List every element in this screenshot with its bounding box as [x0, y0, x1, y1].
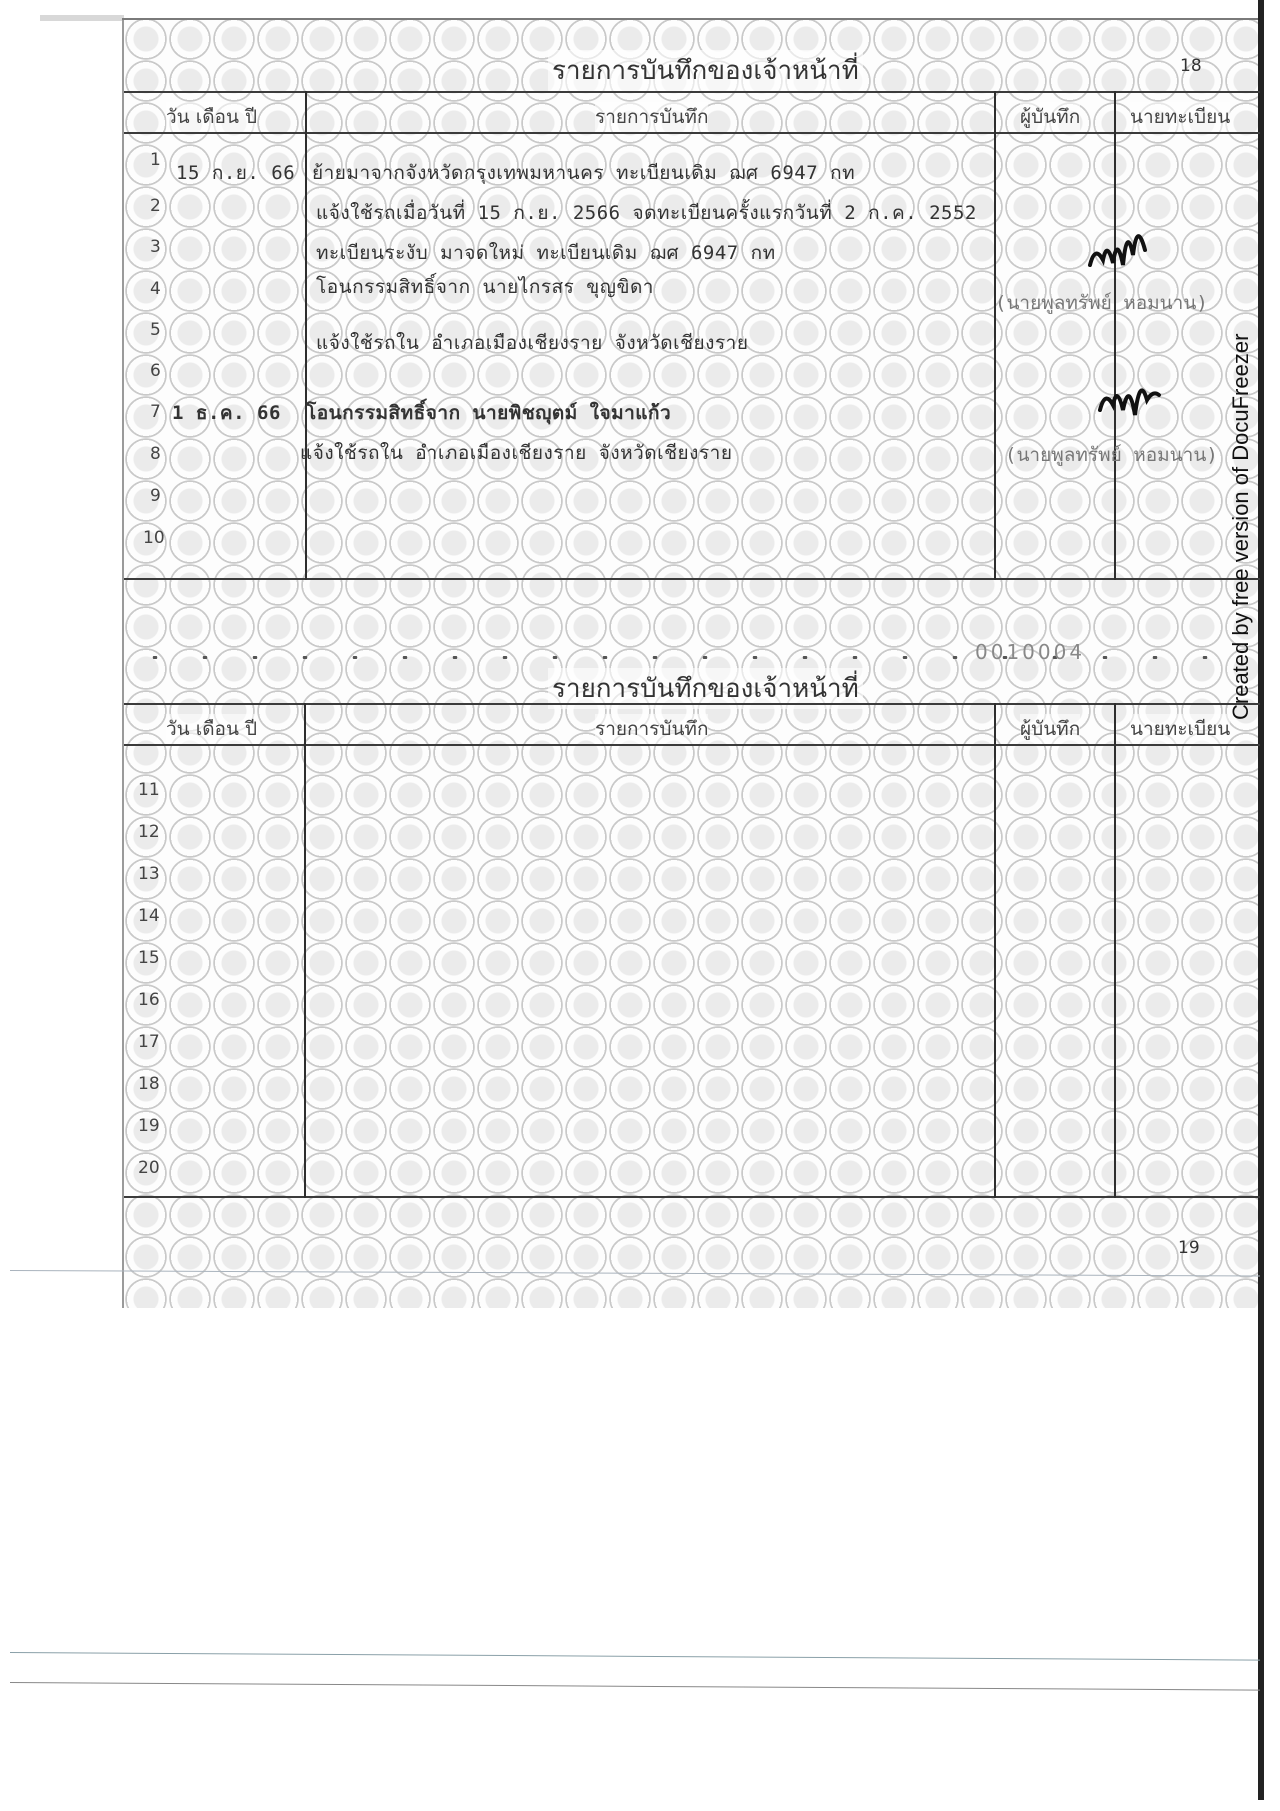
table1-col-sep-2	[994, 91, 996, 580]
col-header-registrar: นายทะเบียน	[1130, 102, 1230, 132]
table2-col-sep-1	[304, 703, 306, 1198]
table2-top-line	[124, 703, 1260, 705]
signature-2	[1095, 370, 1165, 440]
entry-2-date: 1 ธ.ค. 66	[172, 398, 281, 428]
row-number: 16	[138, 990, 160, 1010]
scan-edge	[40, 15, 124, 21]
row-number: 13	[138, 864, 160, 884]
table2-col-sep-2	[994, 703, 996, 1198]
row-number: 2	[150, 196, 161, 216]
entry-2-line-2: แจ้งใช้รถใน อำเภอเมืองเชียงราย จังหวัดเช…	[300, 438, 732, 468]
entry-1-recorder: (นายพูลทรัพย์ หอมนาน)	[995, 288, 1208, 318]
row-number: 18	[138, 1074, 160, 1094]
table1-top-line	[124, 91, 1260, 93]
scan-line	[10, 1652, 1260, 1661]
table1-col-sep-1	[305, 91, 307, 580]
row-number: 4	[150, 279, 161, 299]
row-number: 11	[138, 780, 160, 800]
page-number-19: 19	[1178, 1238, 1200, 1258]
col-header-date: วัน เดือน ปี	[166, 102, 257, 132]
page-number-18: 18	[1180, 56, 1202, 76]
table1-header-bottom-line	[124, 132, 1260, 134]
entry-1-line-3: ทะเบียนระงับ มาจดใหม่ ทะเบียนเดิม ฌศ 694…	[316, 238, 776, 268]
table2-bottom-line	[124, 1196, 1260, 1198]
col-header-entry: รายการบันทึก	[595, 102, 708, 132]
table2-header-bottom-line	[124, 744, 1260, 746]
serial-number-fragment: 0010004	[975, 640, 1085, 664]
row-number: 19	[138, 1116, 160, 1136]
col-header-registrar: นายทะเบียน	[1130, 714, 1230, 744]
page-top-border	[122, 18, 1262, 20]
col-header-recorder: ผู้บันทึก	[1020, 714, 1080, 744]
row-number: 14	[138, 906, 160, 926]
row-number: 6	[150, 361, 161, 381]
row-number: 1	[150, 150, 161, 170]
row-number: 7	[150, 402, 161, 422]
col-header-recorder: ผู้บันทึก	[1020, 102, 1080, 132]
row-number: 10	[143, 528, 165, 548]
col-header-entry: รายการบันทึก	[595, 714, 708, 744]
section-1-title: รายการบันทึกของเจ้าหน้าที่	[548, 50, 863, 91]
scan-line	[10, 1682, 1260, 1691]
entry-1-date: 15 ก.ย. 66	[176, 158, 295, 188]
table2-col-sep-3	[1114, 703, 1116, 1198]
docufreezer-watermark: Created by free version of DocuFreezer	[1228, 334, 1254, 720]
entry-2-line-1: โอนกรรมสิทธิ์จาก นายพิชญุตม์ ใจมาแก้ว	[306, 398, 671, 428]
row-number: 5	[150, 320, 161, 340]
table1-bottom-line	[124, 578, 1260, 580]
entry-1-line-4: โอนกรรมสิทธิ์จาก นายไกรสร ขุญขิดา	[316, 272, 654, 302]
row-number: 12	[138, 822, 160, 842]
col-header-date: วัน เดือน ปี	[166, 714, 257, 744]
row-number: 3	[150, 237, 161, 257]
entry-2-recorder: (นายพูลทรัพย์ หอมนาน)	[1005, 440, 1218, 470]
row-number: 9	[150, 486, 161, 506]
entry-1-line-2: แจ้งใช้รถเมื่อวันที่ 15 ก.ย. 2566 จดทะเบ…	[316, 198, 977, 228]
row-number: 17	[138, 1032, 160, 1052]
entry-1-line-5: แจ้งใช้รถใน อำเภอเมืองเชียงราย จังหวัดเช…	[316, 328, 748, 358]
row-number: 15	[138, 948, 160, 968]
signature-1	[1085, 215, 1155, 290]
row-number: 20	[138, 1158, 160, 1178]
row-number: 8	[150, 444, 161, 464]
table1-col-sep-3	[1114, 91, 1116, 580]
scan-right-bar	[1258, 0, 1264, 1800]
entry-1-line-1: ย้ายมาจากจังหวัดกรุงเทพมหานคร ทะเบียนเดิ…	[312, 158, 855, 188]
